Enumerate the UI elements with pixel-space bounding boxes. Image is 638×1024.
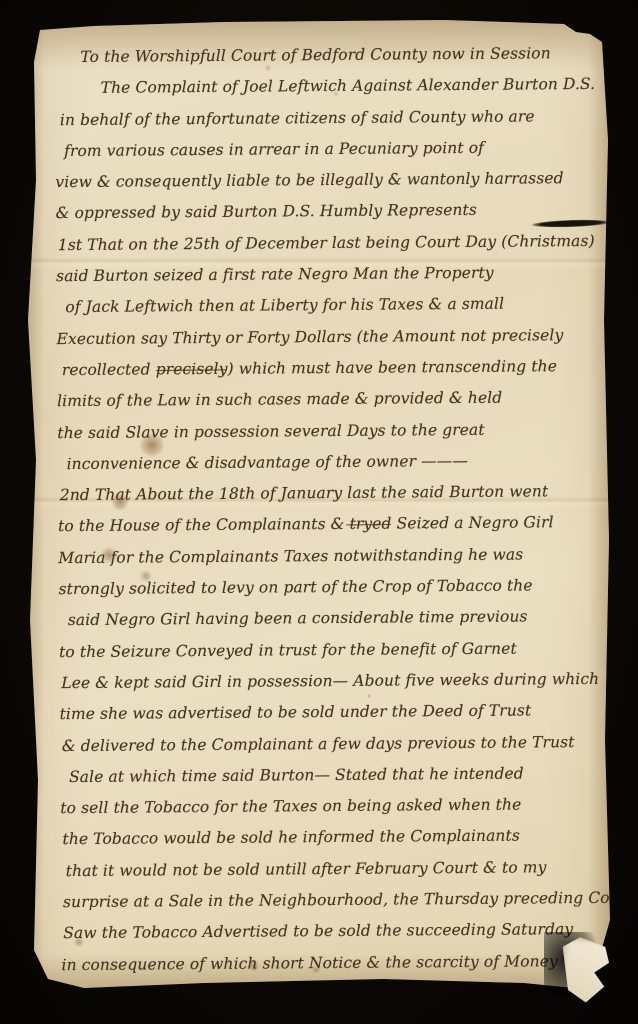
manuscript-line: that it would not be sold untill after F… bbox=[66, 858, 605, 894]
manuscript-line: recollected p̶r̶e̶c̶i̶s̶e̶l̶y̶) which mu… bbox=[62, 357, 601, 393]
manuscript-line: in behalf of the unfortunate citizens of… bbox=[60, 106, 599, 142]
manuscript-line: surprise at a Sale in the Neighbourhood,… bbox=[63, 889, 605, 925]
manuscript-line: said Negro Girl having been a considerab… bbox=[68, 607, 603, 642]
manuscript-line: Lee & kept said Girl in possession— Abou… bbox=[61, 670, 603, 706]
manuscript-line: & delivered to the Complainant a few day… bbox=[62, 732, 604, 768]
manuscript-line: to the House of the Complainants & t̶r̶y… bbox=[58, 513, 602, 549]
manuscript-line: from various causes in arrear in a Pecun… bbox=[64, 138, 599, 173]
manuscript-line: strongly solicited to levy on part of th… bbox=[58, 576, 602, 612]
manuscript-line: view & consequently liable to be illegal… bbox=[55, 169, 599, 205]
manuscript-text: To the Worshipfull Court of Bedford Coun… bbox=[54, 44, 605, 990]
manuscript-line: to the Seizure Conveyed in trust for the… bbox=[59, 639, 603, 675]
manuscript-line: in consequence of which short Notice & t… bbox=[61, 951, 605, 987]
manuscript-line: inconvenience & disadvantage of the owne… bbox=[67, 451, 602, 486]
manuscript-line: limits of the Law in such cases made & p… bbox=[57, 388, 601, 424]
manuscript-line: of Jack Leftwich then at Liberty for his… bbox=[65, 294, 600, 329]
manuscript-line: Maria for the Complainants Taxes notwith… bbox=[58, 545, 602, 581]
manuscript-line: 1st That on the 25th of December last be… bbox=[58, 232, 600, 268]
manuscript-line: Sale at which time said Burton— Stated t… bbox=[69, 764, 604, 799]
manuscript-page: To the Worshipfull Court of Bedford Coun… bbox=[24, 20, 612, 992]
manuscript-line: said Burton seized a first rate Negro Ma… bbox=[56, 263, 600, 299]
manuscript-line: Execution say Thirty or Forty Dollars (t… bbox=[57, 326, 601, 362]
manuscript-line: To the Worshipfull Court of Bedford Coun… bbox=[80, 44, 598, 79]
manuscript-line: the Tobacco would be sold he informed th… bbox=[62, 826, 604, 862]
manuscript-line: The Complaint of Joel Leftwich Against A… bbox=[101, 75, 599, 110]
dark-backdrop: To the Worshipfull Court of Bedford Coun… bbox=[0, 0, 638, 1024]
manuscript-line: the said Slave in possession several Day… bbox=[57, 419, 601, 455]
manuscript-line: time she was advertised to be sold under… bbox=[59, 701, 603, 737]
manuscript-line: & oppressed by said Burton D.S. Humbly R… bbox=[56, 200, 600, 236]
manuscript-line: 2nd That About the 18th of January last … bbox=[60, 482, 602, 518]
manuscript-line: to sell the Tobacco for the Taxes on bei… bbox=[60, 795, 604, 831]
manuscript-line: Saw the Tobacco Advertised to be sold th… bbox=[63, 920, 605, 956]
